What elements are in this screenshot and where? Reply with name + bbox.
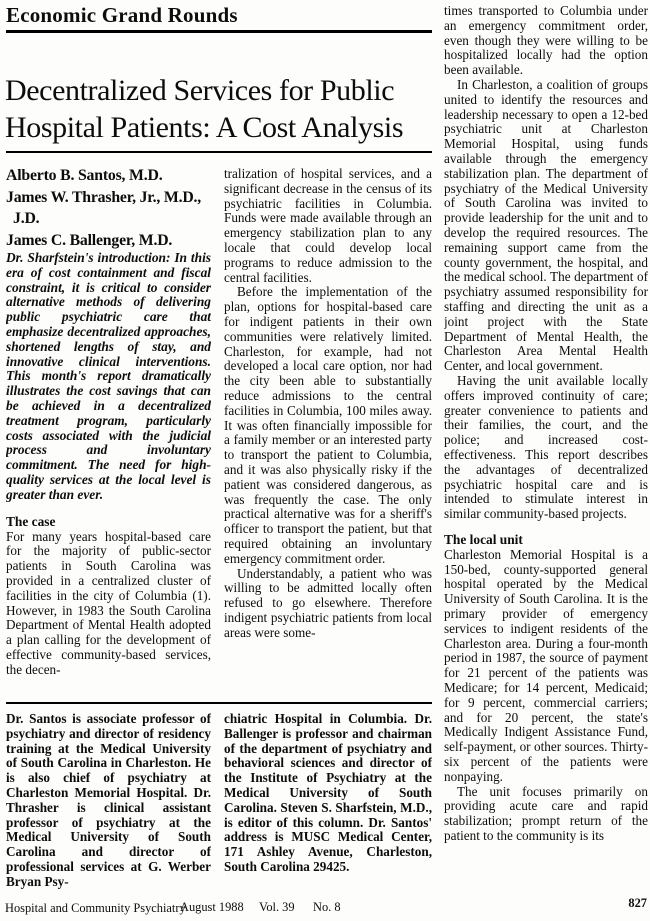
- author-name: Alberto B. Santos, M.D.: [6, 165, 211, 187]
- author-affiliation-footnote-col2: chiatric Hospital in Columbia. Dr. Balle…: [224, 712, 432, 894]
- journal-name: Hospital and Community Psychiatry: [5, 901, 186, 916]
- article-title-line-1: Decentralized Services for Public: [5, 72, 443, 109]
- paragraph: For many years hospital-based care for t…: [6, 530, 211, 678]
- text-column-2: tralization of hospital services, and a …: [224, 167, 432, 701]
- section-heading-the-case: The case: [6, 514, 211, 529]
- paragraph: The unit focuses primarily on providing …: [444, 785, 648, 844]
- paragraph: tralization of hospital services, and a …: [224, 167, 432, 285]
- issue-volume: Vol. 39: [259, 900, 295, 915]
- column-kicker: Economic Grand Rounds: [6, 3, 432, 28]
- editor-introduction: Dr. Sharfstein's introduction: In this e…: [6, 251, 211, 503]
- author-affiliation-footnote-col1: Dr. Santos is associate professor of psy…: [6, 712, 211, 894]
- paragraph: In Charleston, a coalition of groups uni…: [444, 78, 648, 374]
- author-name: James W. Thrasher, Jr., M.D.,: [6, 187, 211, 209]
- title-divider-rule: [6, 151, 432, 153]
- kicker-divider-rule: [6, 30, 432, 33]
- footnote-divider-rule: [6, 702, 432, 704]
- author-name-continued: J.D.: [6, 208, 211, 230]
- paragraph: times transported to Columbia under an e…: [444, 4, 648, 78]
- page-number: 827: [628, 896, 647, 911]
- text-column-3: times transported to Columbia under an e…: [444, 4, 648, 894]
- paragraph: Before the implementation of the plan, o…: [224, 285, 432, 566]
- article-title-line-2: Hospital Patients: A Cost Analysis: [5, 109, 443, 146]
- paragraph: Understandably, a patient who was willin…: [224, 567, 432, 641]
- article-title: Decentralized Services for Public Hospit…: [5, 72, 443, 146]
- author-byline: Alberto B. Santos, M.D. James W. Thrashe…: [6, 165, 211, 251]
- journal-article-page: Economic Grand Rounds Decentralized Serv…: [0, 0, 650, 921]
- page-footer: Hospital and Community Psychiatry August…: [0, 896, 650, 921]
- issue-date: August 1988: [180, 900, 244, 915]
- text-column-1: Alberto B. Santos, M.D. James W. Thrashe…: [6, 165, 211, 701]
- paragraph: Having the unit available locally offers…: [444, 374, 648, 522]
- issue-number: No. 8: [313, 900, 341, 915]
- section-heading-the-local-unit: The local unit: [444, 532, 648, 547]
- author-name: James C. Ballenger, M.D.: [6, 230, 211, 252]
- paragraph: Charleston Memorial Hospital is a 150-be…: [444, 548, 648, 785]
